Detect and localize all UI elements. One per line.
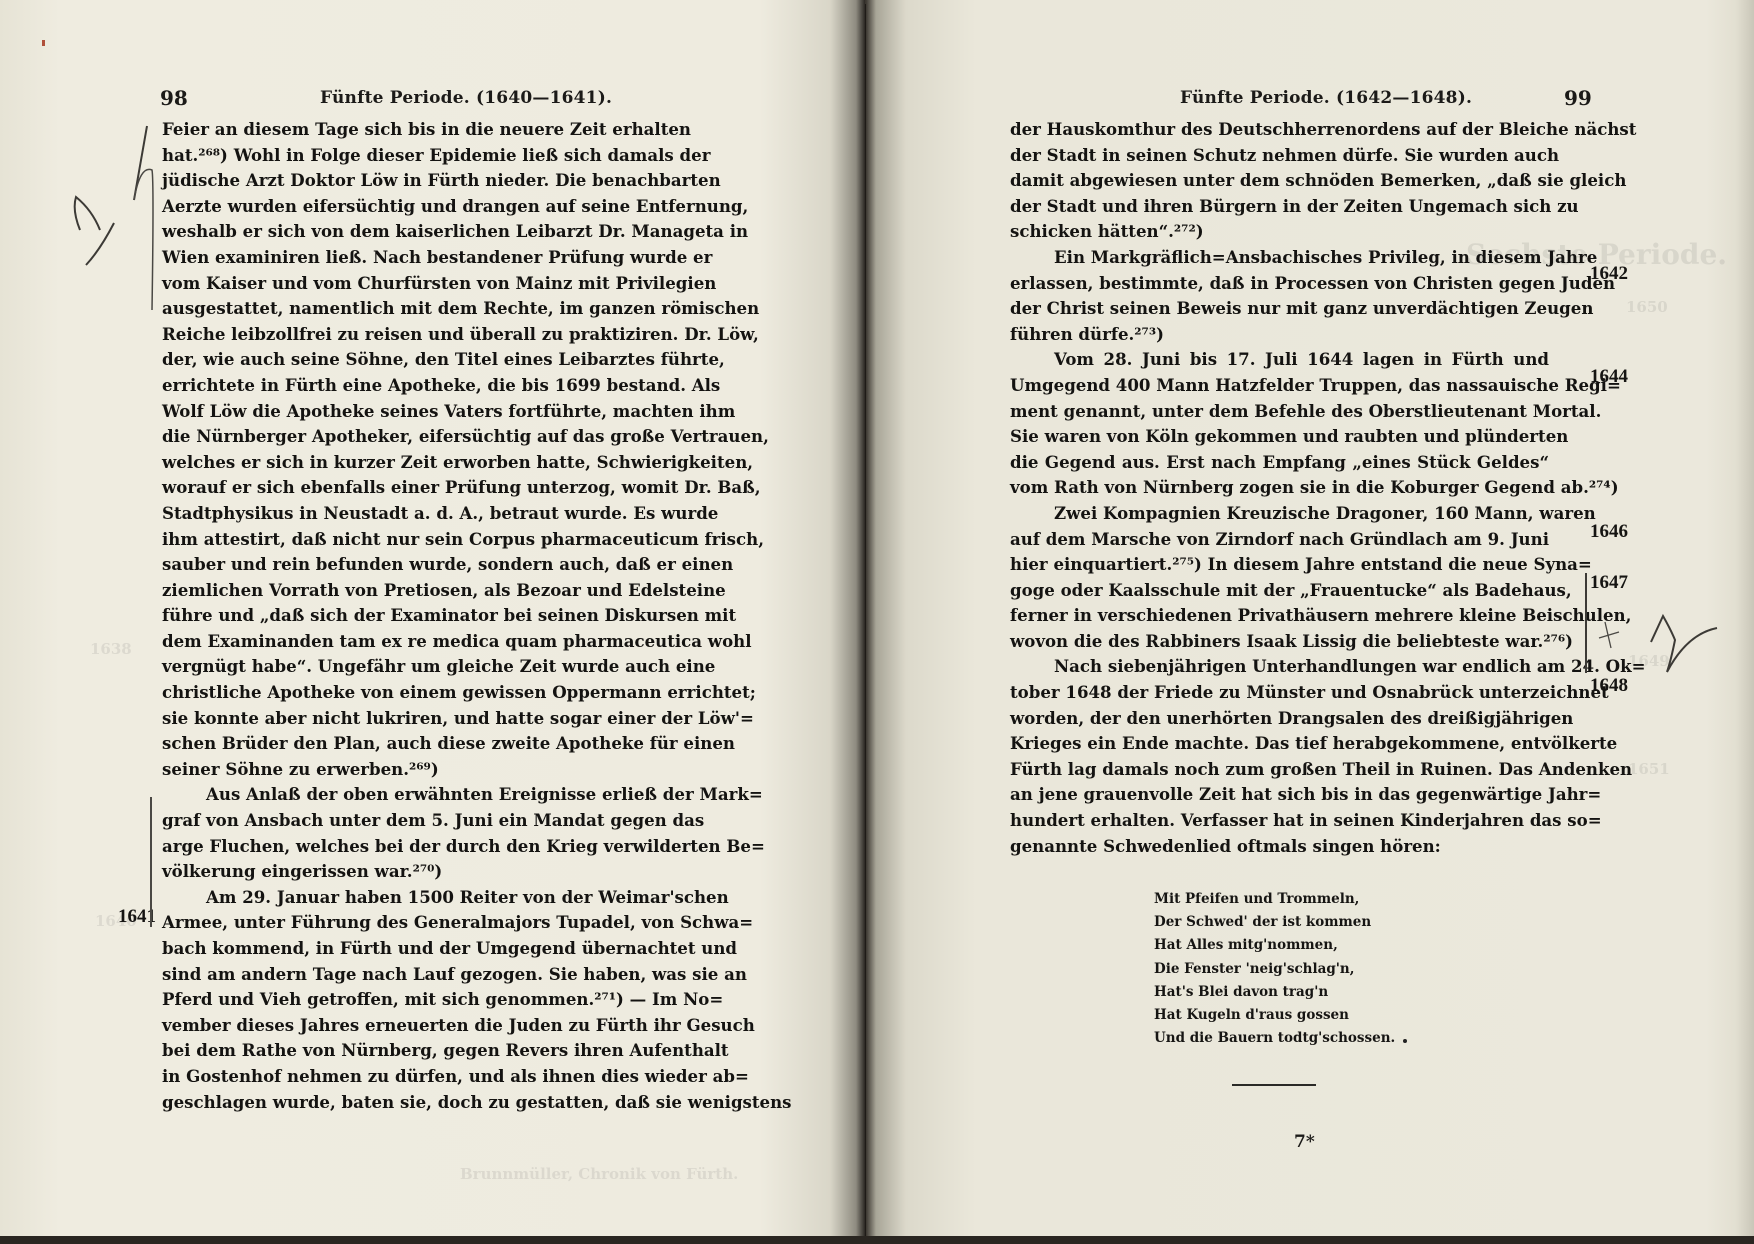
- text-line: völkerung eingerissen war.²⁷⁰): [162, 859, 679, 885]
- text-line: die Nürnberger Apotheker, eifersüchtig a…: [162, 424, 679, 450]
- body-text: der Hauskomthur des Deutschherrenordens …: [1010, 117, 1549, 859]
- text-line: tober 1648 der Friede zu Münster und Osn…: [1010, 680, 1549, 706]
- text-line: weshalb er sich von dem kaiserlichen Lei…: [162, 219, 679, 245]
- schwedenlied-poem: Mit Pfeifen und Trommeln,Der Schwed' der…: [1154, 888, 1395, 1050]
- text-line: Vom 28. Juni bis 17. Juli 1644 lagen in …: [1010, 347, 1549, 373]
- text-line: vember dieses Jahres erneuerten die Jude…: [162, 1013, 679, 1039]
- bleed-through-year: 1651: [1628, 760, 1670, 778]
- text-line: bei dem Rathe von Nürnberg, gegen Revers…: [162, 1038, 679, 1064]
- ink-dot: [1403, 1039, 1407, 1043]
- signature-mark: 7*: [1294, 1132, 1315, 1152]
- text-line: graf von Ansbach unter dem 5. Juni ein M…: [162, 808, 679, 834]
- text-line: der Hauskomthur des Deutschherrenordens …: [1010, 117, 1549, 143]
- text-line: Aus Anlaß der oben erwähnten Ereignisse …: [162, 782, 679, 808]
- text-line: arge Fluchen, welches bei der durch den …: [162, 834, 679, 860]
- running-head: Fünfte Periode. (1640—1641).: [320, 88, 612, 108]
- text-line: führen dürfe.²⁷³): [1010, 322, 1549, 348]
- text-line: sie konnte aber nicht lukriren, und hatt…: [162, 706, 679, 732]
- text-line: welches er sich in kurzer Zeit erworben …: [162, 450, 679, 476]
- running-head: Fünfte Periode. (1642—1648).: [1180, 88, 1472, 108]
- text-line: sind am andern Tage nach Lauf gezogen. S…: [162, 962, 679, 988]
- text-line: der Stadt und ihren Bürgern in der Zeite…: [1010, 194, 1549, 220]
- text-line: seiner Söhne zu erwerben.²⁶⁹): [162, 757, 679, 783]
- text-line: vom Kaiser und vom Churfürsten von Mainz…: [162, 271, 679, 297]
- text-line: jüdische Arzt Doktor Löw in Fürth nieder…: [162, 168, 679, 194]
- text-line: Ein Markgräflich=Ansbachisches Privileg,…: [1010, 245, 1549, 271]
- text-line: ausgestattet, namentlich mit dem Rechte,…: [162, 296, 679, 322]
- text-line: an jene grauenvolle Zeit hat sich bis in…: [1010, 782, 1549, 808]
- text-line: genannte Schwedenlied oftmals singen hör…: [1010, 834, 1549, 860]
- text-line: Armee, unter Führung des Generalmajors T…: [162, 910, 679, 936]
- text-line: ziemlichen Vorrath von Pretiosen, als Be…: [162, 578, 679, 604]
- text-line: Am 29. Januar haben 1500 Reiter von der …: [162, 885, 679, 911]
- text-line: hat.²⁶⁸) Wohl in Folge dieser Epidemie l…: [162, 143, 679, 169]
- text-line: die Gegend aus. Erst nach Empfang „eines…: [1010, 450, 1549, 476]
- text-line: Wolf Löw die Apotheke seines Vaters fort…: [162, 399, 679, 425]
- text-line: dem Examinanden tam ex re medica quam ph…: [162, 629, 679, 655]
- text-line: schicken hätten“.²⁷²): [1010, 219, 1549, 245]
- text-line: vom Rath von Nürnberg zogen sie in die K…: [1010, 475, 1549, 501]
- text-line: bach kommend, in Fürth und der Umgegend …: [162, 936, 679, 962]
- paper-speck: [42, 40, 45, 46]
- text-line: schen Brüder den Plan, auch diese zweite…: [162, 731, 679, 757]
- poem-line: Der Schwed' der ist kommen: [1154, 911, 1395, 934]
- book-bottom-edge: [0, 1236, 1754, 1244]
- page-number: 98: [160, 86, 188, 110]
- text-line: führe und „daß sich der Examinator bei s…: [162, 603, 679, 629]
- body-text: Feier an diesem Tage sich bis in die neu…: [162, 117, 679, 1115]
- page-number: 99: [1564, 86, 1592, 110]
- poem-line: Hat Alles mitg'nommen,: [1154, 934, 1395, 957]
- text-line: goge oder Kaalsschule mit der „Frauentuc…: [1010, 578, 1549, 604]
- text-line: damit abgewiesen unter dem schnöden Beme…: [1010, 168, 1549, 194]
- text-line: der Christ seinen Beweis nur mit ganz un…: [1010, 296, 1549, 322]
- text-line: hier einquartiert.²⁷⁵) In diesem Jahre e…: [1010, 552, 1549, 578]
- margin-year-1642: 1642: [1590, 263, 1628, 285]
- poem-line: Die Fenster 'neig'schlag'n,: [1154, 958, 1395, 981]
- text-line: erlassen, bestimmte, daß in Processen vo…: [1010, 271, 1549, 297]
- margin-year-1646: 1646: [1590, 521, 1628, 543]
- text-line: Reiche leibzollfrei zu reisen und überal…: [162, 322, 679, 348]
- text-line: worden, der den unerhörten Drangsalen de…: [1010, 706, 1549, 732]
- text-line: Wien examiniren ließ. Nach bestandener P…: [162, 245, 679, 271]
- text-line: Umgegend 400 Mann Hatzfelder Truppen, da…: [1010, 373, 1549, 399]
- text-line: Nach siebenjährigen Unterhandlungen war …: [1010, 654, 1549, 680]
- text-line: errichtete in Fürth eine Apotheke, die b…: [162, 373, 679, 399]
- text-line: Krieges ein Ende machte. Das tief herabg…: [1010, 731, 1549, 757]
- right-page: Sechste Periode. 1650 1649 1651 Fünfte P…: [866, 0, 1754, 1244]
- margin-year-1647: 1647: [1590, 572, 1628, 594]
- text-line: der, wie auch seine Söhne, den Titel ein…: [162, 347, 679, 373]
- text-line: hundert erhalten. Verfasser hat in seine…: [1010, 808, 1549, 834]
- text-line: Aerzte wurden eifersüchtig und drangen a…: [162, 194, 679, 220]
- poem-line: Mit Pfeifen und Trommeln,: [1154, 888, 1395, 911]
- pencil-margin-line: [150, 797, 152, 927]
- footnote-rule: [1232, 1084, 1316, 1086]
- text-line: Stadtphysikus in Neustadt a. d. A., betr…: [162, 501, 679, 527]
- text-line: Sie waren von Köln gekommen und raubten …: [1010, 424, 1549, 450]
- text-line: auf dem Marsche von Zirndorf nach Gründl…: [1010, 527, 1549, 553]
- text-line: ment genannt, unter dem Befehle des Ober…: [1010, 399, 1549, 425]
- text-line: christliche Apotheke von einem gewissen …: [162, 680, 679, 706]
- text-line: Zwei Kompagnien Kreuzische Dragoner, 160…: [1010, 501, 1549, 527]
- poem-line: Hat Kugeln d'raus gossen: [1154, 1004, 1395, 1027]
- poem-line: Hat's Blei davon trag'n: [1154, 981, 1395, 1004]
- bleed-through-year: 1638: [90, 640, 132, 658]
- text-line: ihm attestirt, daß nicht nur sein Corpus…: [162, 527, 679, 553]
- bleed-through-year: 1650: [1626, 298, 1668, 316]
- text-line: wovon die des Rabbiners Isaak Lissig die…: [1010, 629, 1549, 655]
- poem-line: Und die Bauern todtg'schossen.: [1154, 1027, 1395, 1050]
- left-page: Brunnmüller, Chronik von Fürth. 1638 164…: [0, 0, 865, 1244]
- text-line: der Stadt in seinen Schutz nehmen dürfe.…: [1010, 143, 1549, 169]
- text-line: geschlagen wurde, baten sie, doch zu ges…: [162, 1090, 679, 1116]
- text-line: in Gostenhof nehmen zu dürfen, und als i…: [162, 1064, 679, 1090]
- text-line: Fürth lag damals noch zum großen Theil i…: [1010, 757, 1549, 783]
- bleed-through-text: Brunnmüller, Chronik von Fürth.: [460, 1165, 738, 1183]
- pencil-mark-annotation: [70, 185, 140, 275]
- text-line: sauber und rein befunden wurde, sondern …: [162, 552, 679, 578]
- pencil-mark-annotation: [1591, 600, 1731, 680]
- text-line: Feier an diesem Tage sich bis in die neu…: [162, 117, 679, 143]
- text-line: Pferd und Vieh getroffen, mit sich genom…: [162, 987, 679, 1013]
- text-line: ferner in verschiedenen Privathäusern me…: [1010, 603, 1549, 629]
- pencil-margin-line: [1585, 573, 1587, 673]
- margin-year-1644: 1644: [1590, 366, 1628, 388]
- text-line: worauf er sich ebenfalls einer Prüfung u…: [162, 475, 679, 501]
- text-line: vergnügt habe“. Ungefähr um gleiche Zeit…: [162, 654, 679, 680]
